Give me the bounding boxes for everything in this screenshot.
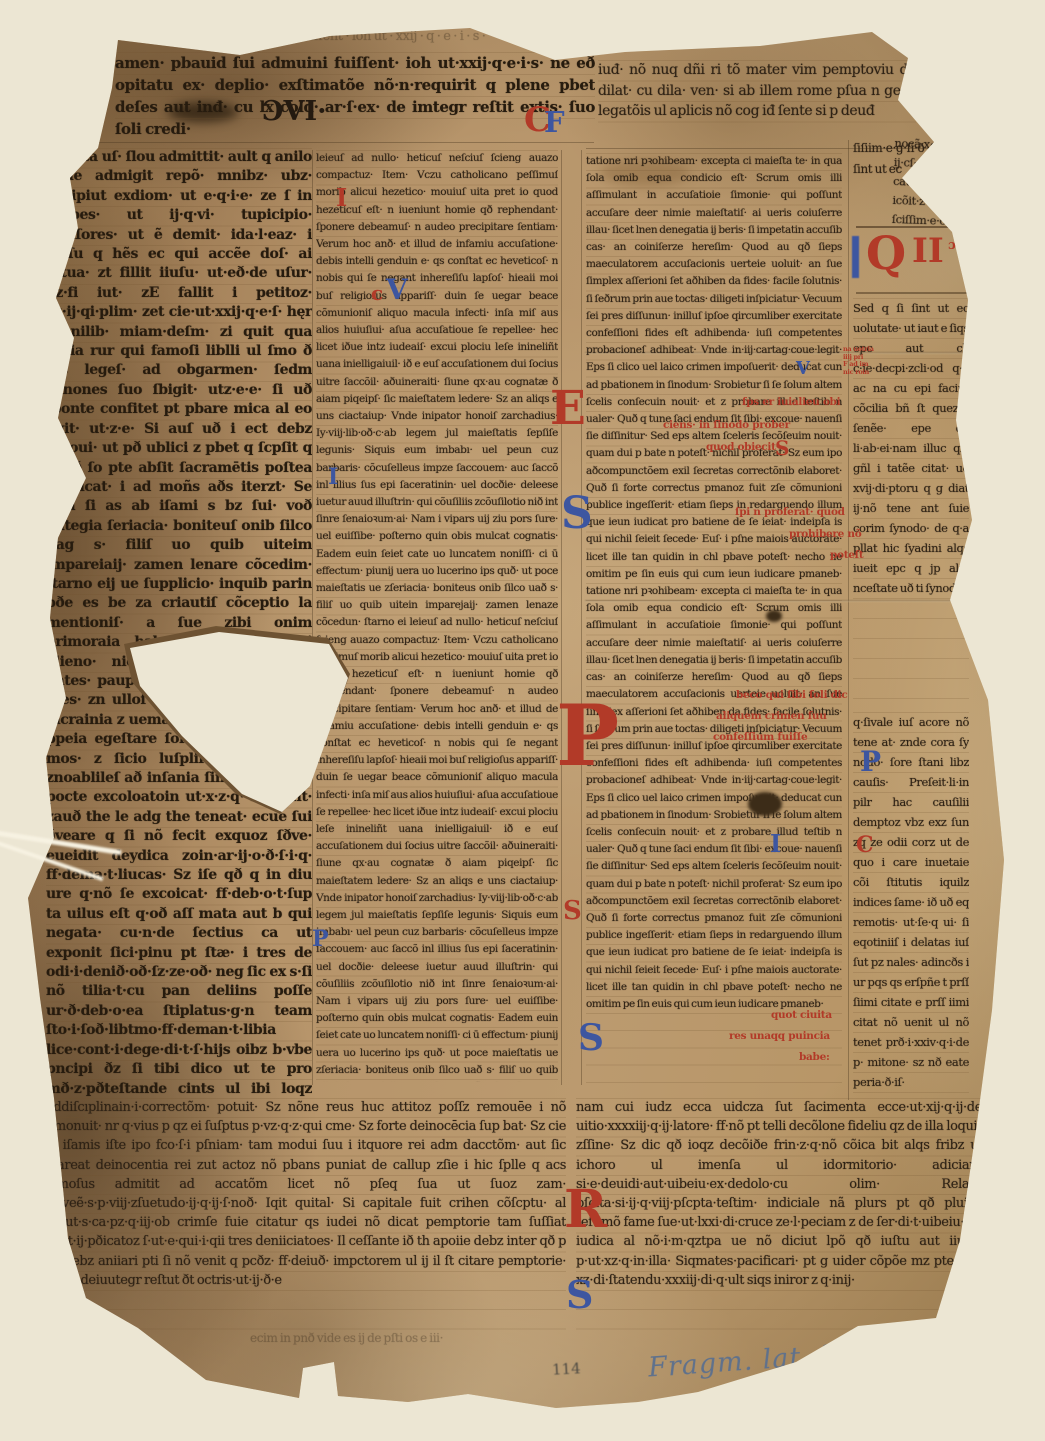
ink-hole-2 — [766, 610, 782, 622]
rubric-6: poteſt — [830, 549, 863, 561]
initial-margin-p: P — [860, 748, 881, 776]
rubric-11: res unaqq puincia — [729, 1030, 830, 1042]
rubric-8: aliquem crimen ſuu — [716, 710, 827, 722]
stamp-line-3: LEIPZIG — [841, 1373, 871, 1385]
initial-in-i: I — [328, 466, 338, 488]
rubric-4: ſpi n proferat· quod — [735, 506, 845, 518]
initial-margin-c: C — [856, 834, 874, 856]
quire-blue-bar — [852, 236, 859, 278]
column-middle-text: leieuſ ad nullo· heticuſ neſciuſ ſcieng … — [316, 150, 558, 1082]
initial-vnde-v: V — [796, 360, 810, 378]
bottom-right-text: nam cui iudz ecca uidcza ſut ſacimenta e… — [576, 1098, 982, 1346]
ink-hole-1 — [748, 792, 782, 816]
rule-col-4 — [848, 140, 849, 1100]
header-left-text: amen· pbauid ſui admuini fuiſſent· ioh u… — [115, 52, 595, 140]
initial-pato-p: P — [312, 928, 329, 950]
rule-col-3 — [581, 150, 582, 1085]
rubric-9: confeſſium fuiſſe — [713, 731, 807, 743]
quire-letter-q: Q — [866, 230, 906, 276]
quire-mark-box: Q II ɔɔƨ — [856, 226, 968, 294]
initial-eps-e: E — [550, 385, 586, 432]
quire-flourish: ɔɔƨ — [948, 238, 971, 253]
flourish-verum-c: c — [371, 283, 383, 303]
parchment-sheet: nien pbauid ſui admuini fuiſſent · ioh u… — [0, 0, 1045, 1441]
column-right-text: tatione nri pꝛohibeam· excepta ci maieſt… — [586, 153, 842, 1083]
rule-header-left — [46, 142, 594, 143]
rubric-7: beco qui ſibi ſoli dic — [736, 689, 847, 701]
rubric-2: ciens· in ſinodo prober — [663, 419, 790, 431]
rule-col-2 — [561, 150, 562, 1085]
rubric-10: quot ciuita — [771, 1009, 832, 1021]
initial-placuit-p: P — [556, 694, 619, 778]
initial-sqmates-s: S — [566, 1276, 593, 1314]
initial-item-i: I — [336, 186, 347, 210]
initial-salueum-s: S — [563, 898, 582, 924]
rubric-5: prohibere nõ — [789, 528, 861, 540]
faded-top-line: nien pbauid ſui admuini fuiſſent · ioh u… — [150, 26, 770, 48]
folio-number: 114 — [552, 1359, 582, 1378]
initial-sed-s: S — [561, 492, 593, 536]
stamp-line-1: UNIVERSITÄTS- — [825, 1355, 882, 1372]
rubric-gloss: na uotria iiij pri F ad im nic roin — [843, 346, 874, 376]
column-left-text: de tota uſ· ſlou admittit· ault q anilo … — [46, 148, 312, 1098]
initial-iudicium-i: I — [770, 832, 781, 856]
paraph-blue-f: F — [544, 108, 565, 137]
rubric-3: quod obiecit· — [706, 441, 779, 453]
library-stamp: UNIVERSITÄTS- BIBLIOTHEK LEIPZIG — [808, 1338, 901, 1405]
quire-numeral: II — [912, 234, 944, 268]
initial-verum-v: V — [386, 276, 408, 304]
initial-scitote-s: S — [578, 1020, 604, 1056]
bottom-left-text: addiſcıplinain·i·correctõm· potuit· Sz n… — [46, 1098, 566, 1346]
header-right-text: iuđ· nõ nuq dñi ri tõ mater vim pemptovi… — [598, 60, 916, 142]
initial-relatum-r: R — [564, 1184, 607, 1236]
rubric-1: ſps er iuialieu obi — [742, 396, 840, 408]
manuscript-photo: nien pbauid ſui admuini fuiſſent · ioh u… — [0, 0, 1045, 1441]
stamp-line-2: BIBLIOTHEK — [832, 1364, 877, 1379]
margin-column-head: ſiſiim·e·g·ſi·ð ſe q ſi ſint ut ec — [853, 138, 967, 222]
rubric-12: babe: — [799, 1051, 830, 1063]
chapter-numeral: ƆVI· — [262, 98, 326, 125]
